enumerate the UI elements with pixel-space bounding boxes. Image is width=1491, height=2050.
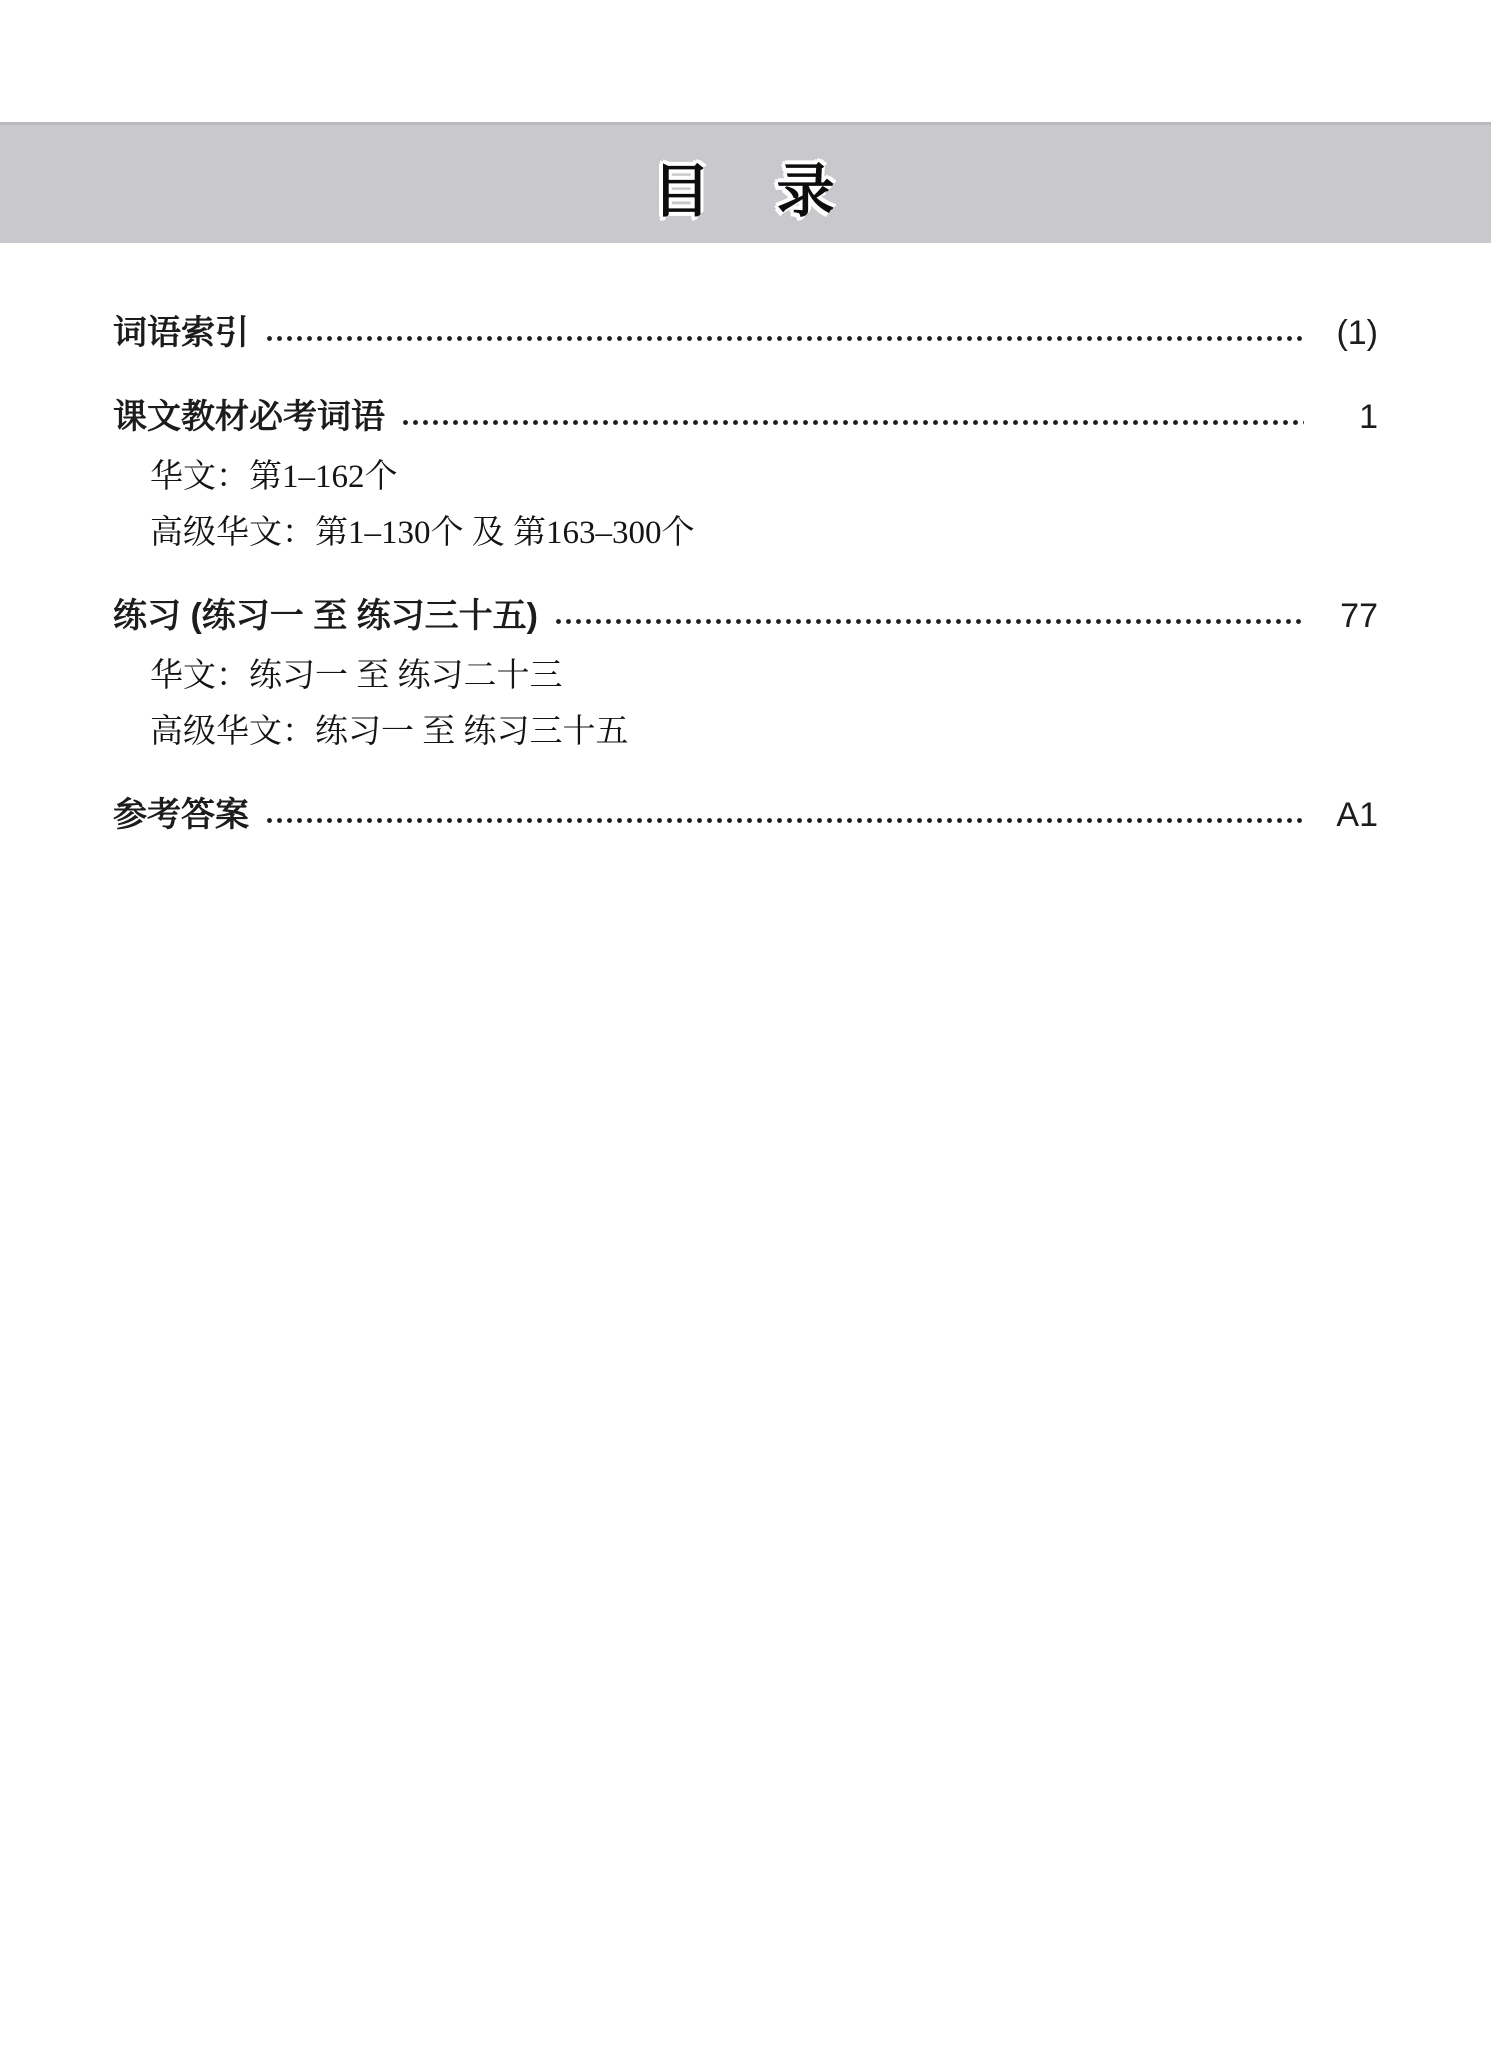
toc-entry-answer-key: 参考答案 A1 (113, 791, 1378, 839)
title-band: 目 录 (0, 122, 1491, 243)
toc-entry-page-number: 1 (1320, 393, 1378, 441)
toc-entry-exercises: 练习 (练习一 至 练习三十五) 77 (113, 592, 1378, 640)
toc-entry-page-number: A1 (1320, 791, 1378, 839)
dotted-leader (556, 619, 1304, 624)
toc-entry-required-words: 课文教材必考词语 1 (113, 393, 1378, 441)
toc-entry-page-number: (1) (1320, 309, 1378, 357)
toc-page: 目 录 词语索引 (1) 课文教材必考词语 1 华文：第1–162个 高级华文：… (0, 0, 1491, 2050)
toc-subentry-huawen-range: 华文：第1–162个 (150, 454, 1378, 500)
toc-subentry-higher-huawen-range: 高级华文：第1–130个 及 第163–300个 (150, 510, 1378, 556)
page-title: 目 录 (652, 148, 838, 220)
toc-subentry-higher-huawen-exercises: 高级华文：练习一 至 练习三十五 (150, 709, 1378, 755)
toc-entry-label: 参考答案 (113, 791, 249, 839)
toc-subentry-huawen-exercises: 华文：练习一 至 练习二十三 (150, 653, 1378, 699)
dotted-leader (403, 420, 1304, 425)
toc-entry-page-number: 77 (1320, 592, 1378, 640)
toc-entry-label: 课文教材必考词语 (113, 393, 385, 441)
dotted-leader (267, 818, 1304, 823)
toc-entry-label: 词语索引 (113, 309, 249, 357)
toc-entry-word-index: 词语索引 (1) (113, 309, 1378, 357)
dotted-leader (267, 336, 1304, 341)
toc-list: 词语索引 (1) 课文教材必考词语 1 华文：第1–162个 高级华文：第1–1… (113, 243, 1378, 839)
toc-entry-label: 练习 (练习一 至 练习三十五) (113, 592, 538, 640)
